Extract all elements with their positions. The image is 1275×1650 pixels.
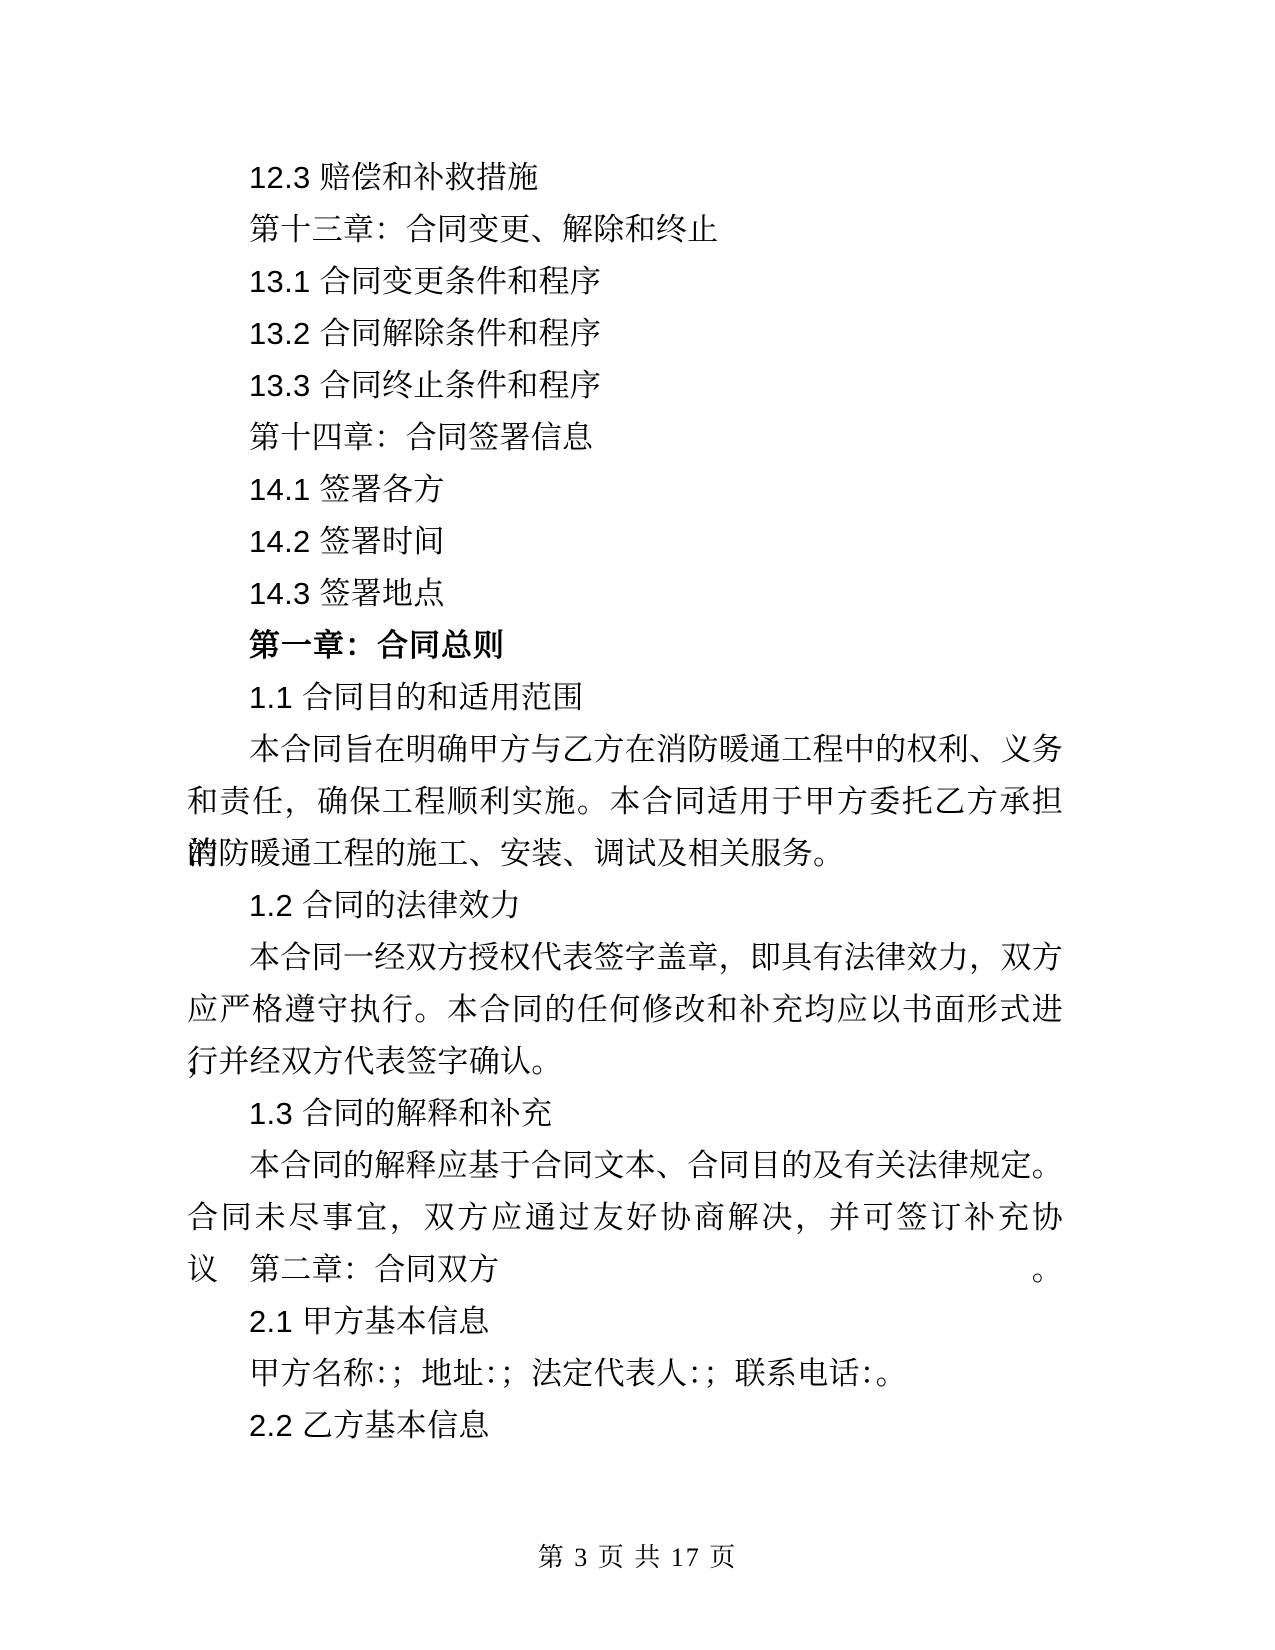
toc-item-14-3: 14.3 签署地点 [187,568,1063,620]
toc-item-13-1: 13.1 合同变更条件和程序 [187,256,1063,308]
toc-item-chapter-13: 第十三章：合同变更、解除和终止 [187,204,1063,256]
paragraph-line: 本合同的解释应基于合同文本、合同目的及有关法律规定。 [187,1140,1063,1192]
page-number-footer: 第 3 页 共 17 页 [0,1542,1275,1574]
paragraph-line: 甲方名称：；地址：；法定代表人：；联系电话：。 [187,1348,1063,1400]
section-2-2-heading: 2.2 乙方基本信息 [187,1400,1063,1452]
chapter-1-heading: 第一章：合同总则 [187,620,1063,672]
toc-item-chapter-14: 第十四章：合同签署信息 [187,412,1063,464]
toc-item-12-3: 12.3 赔偿和补救措施 [187,152,1063,204]
section-1-1-heading: 1.1 合同目的和适用范围 [187,672,1063,724]
paragraph-line: 合同未尽事宜，双方应通过友好协商解决，并可签订补充协议。 [187,1192,1063,1244]
paragraph-line: 消防暖通工程的施工、安装、调试及相关服务。 [187,828,1063,880]
paragraph-line: 本合同旨在明确甲方与乙方在消防暖通工程中的权利、义务 [187,724,1063,776]
section-1-2-heading: 1.2 合同的法律效力 [187,880,1063,932]
document-lines: 12.3 赔偿和补救措施第十三章：合同变更、解除和终止13.1 合同变更条件和程… [187,152,1063,1452]
toc-item-14-1: 14.1 签署各方 [187,464,1063,516]
toc-item-13-2: 13.2 合同解除条件和程序 [187,308,1063,360]
section-1-3-heading: 1.3 合同的解释和补充 [187,1088,1063,1140]
paragraph-line: 应严格遵守执行。本合同的任何修改和补充均应以书面形式进行 [187,984,1063,1036]
toc-item-14-2: 14.2 签署时间 [187,516,1063,568]
document-page: 12.3 赔偿和补救措施第十三章：合同变更、解除和终止13.1 合同变更条件和程… [0,0,1275,1650]
paragraph-line: 本合同一经双方授权代表签字盖章，即具有法律效力，双方 [187,932,1063,984]
toc-item-13-3: 13.3 合同终止条件和程序 [187,360,1063,412]
paragraph-line: ，并经双方代表签字确认。 [187,1036,1063,1088]
paragraph-line: 和责任，确保工程顺利实施。本合同适用于甲方委托乙方承担的 [187,776,1063,828]
section-2-1-heading: 2.1 甲方基本信息 [187,1296,1063,1348]
